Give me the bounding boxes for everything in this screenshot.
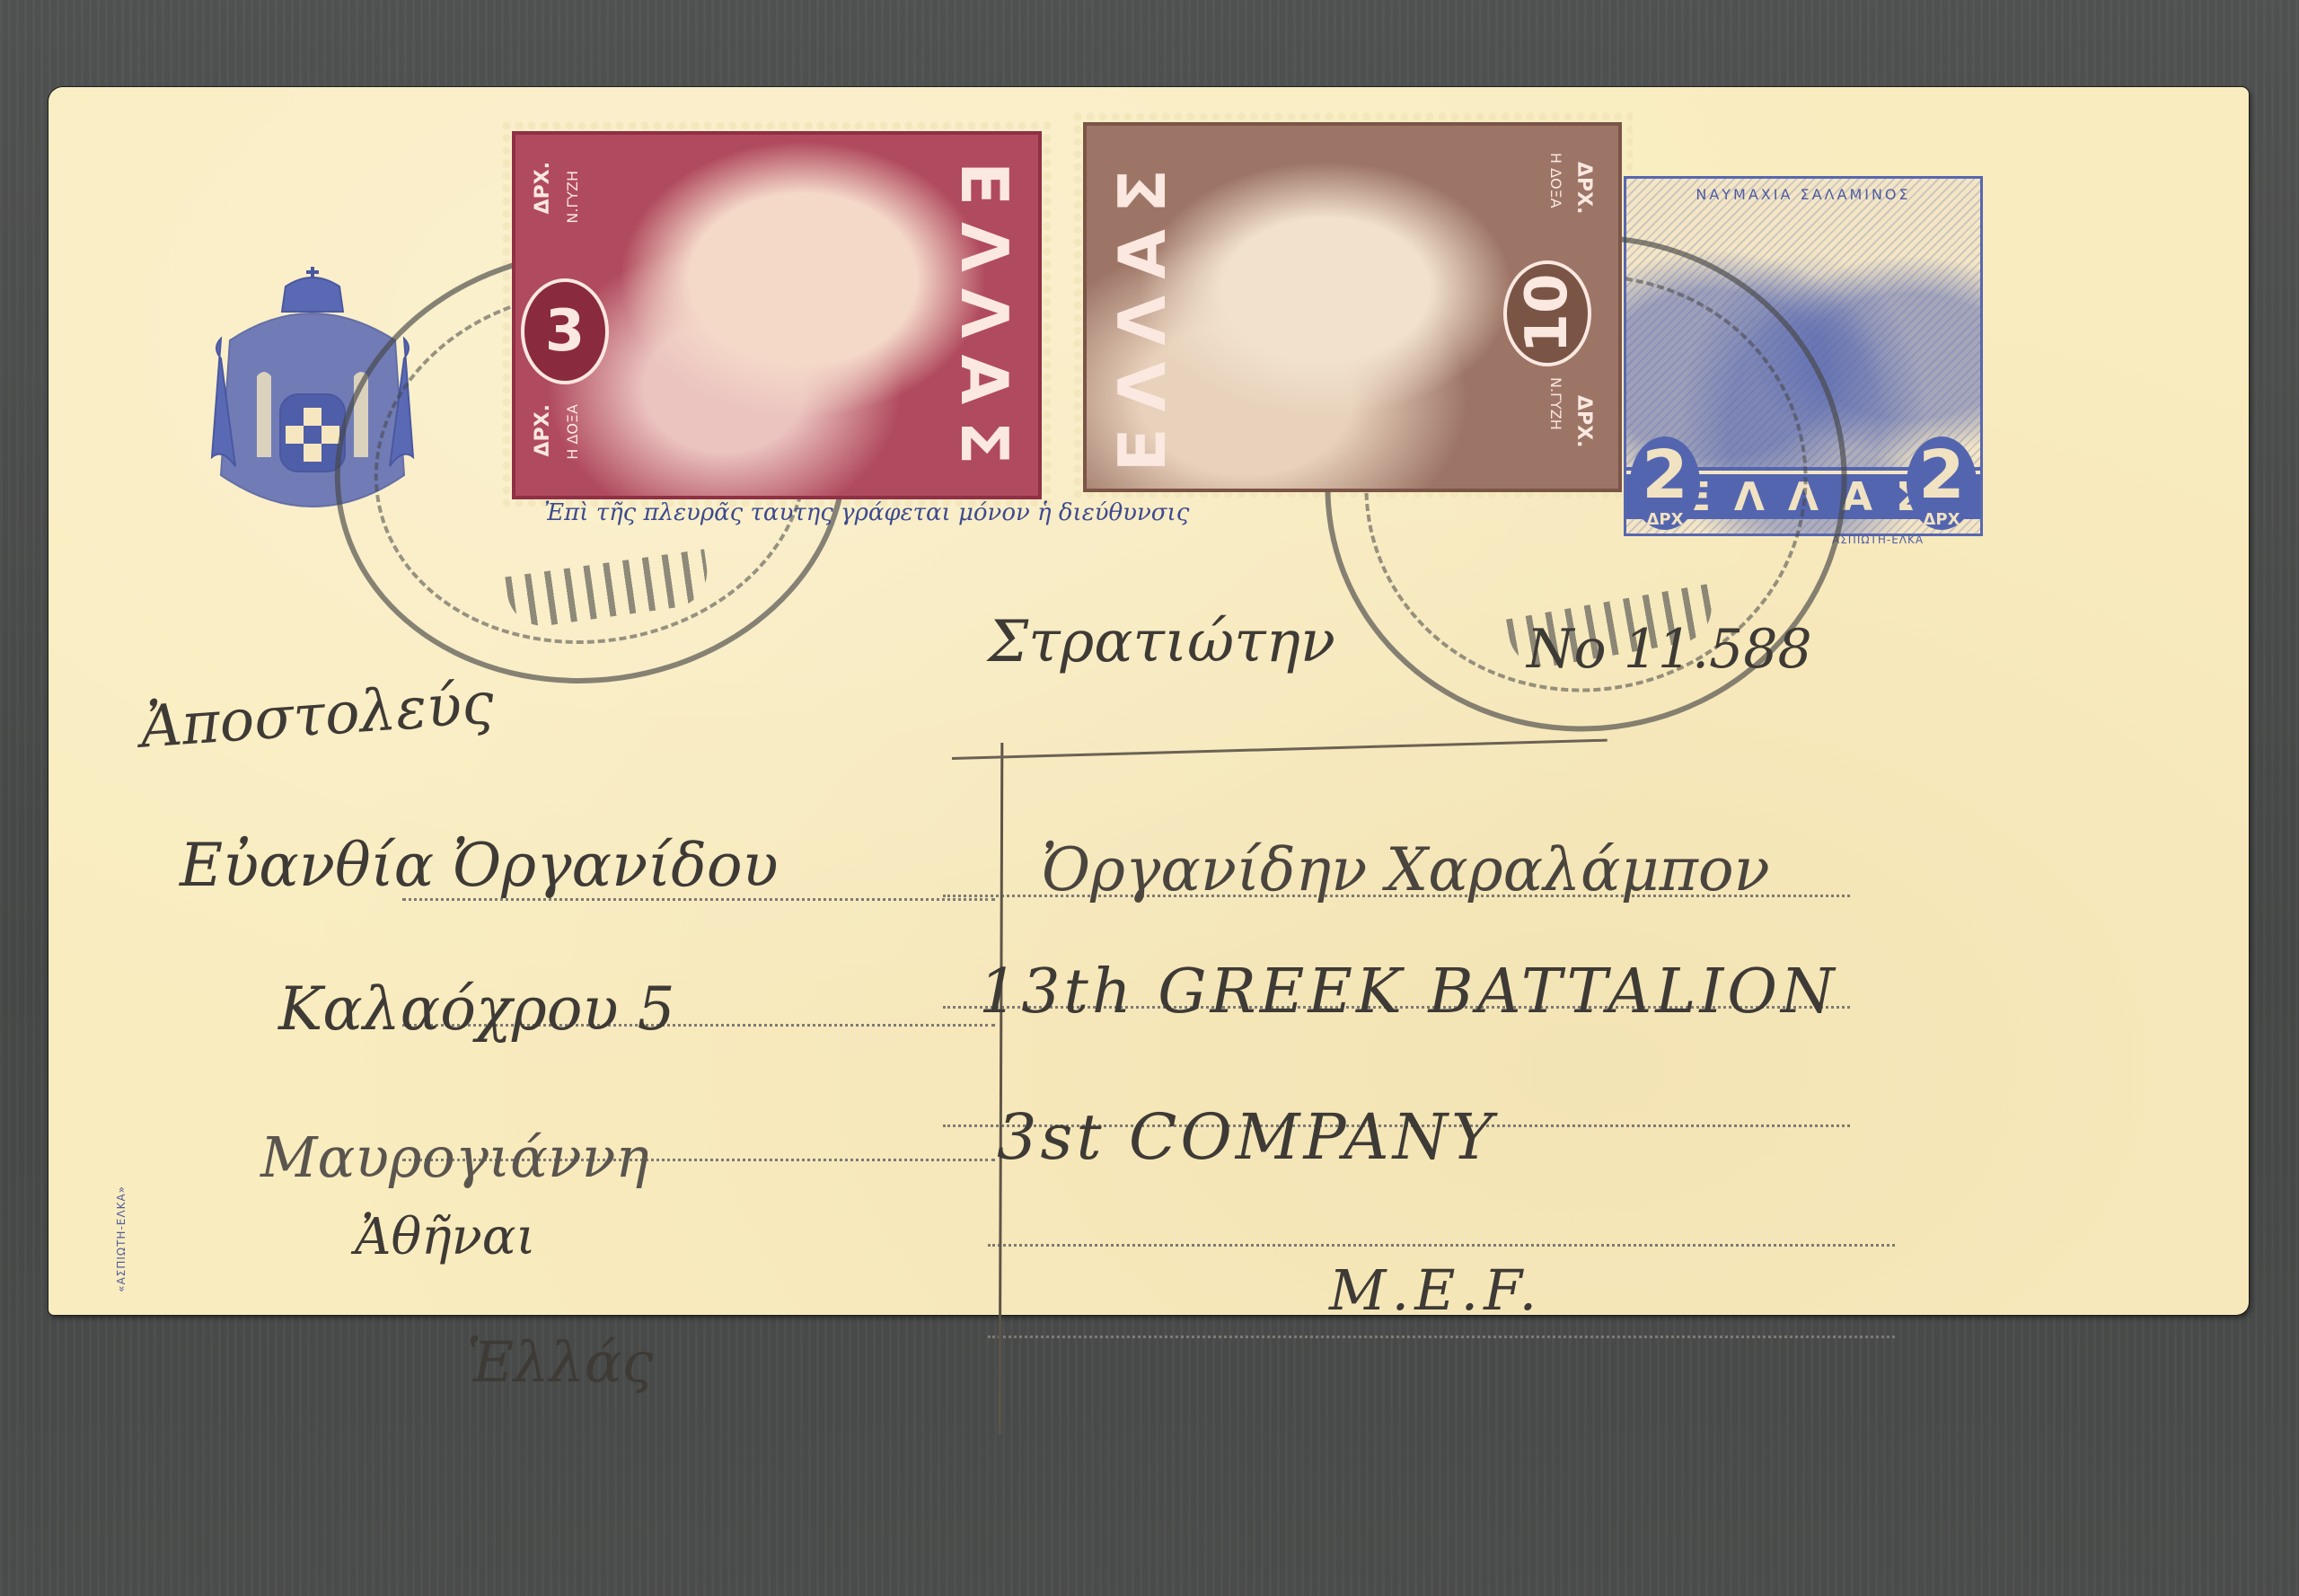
stamp-side-label: Η ΔΟΞΑ (1547, 153, 1564, 208)
recipient-rank: Στρατιώτην (988, 609, 1335, 675)
recipient-line: 13th GREEK BATTALION (979, 957, 1837, 1027)
sender-line: Ἑλλάς (467, 1329, 653, 1395)
stamp-side-label: Ν.ΓΥΖΗ (564, 171, 581, 224)
stamp-side-label: Η ΔΟΞΑ (564, 404, 581, 460)
imprint-value-right: 2 ΔΡΧ (1907, 436, 1977, 530)
dotted-line (988, 1244, 1895, 1247)
stamp-country-text: ΕΛΛΑΣ (947, 162, 1022, 481)
sender-line: Ἀθῆναι (355, 1208, 536, 1266)
imprint-value: 2 (1918, 436, 1965, 514)
sender-line: Εὐανθία Ὀργανίδου (180, 831, 779, 900)
address-side-instruction: Ἐπὶ τῆς πλευρᾶς ταυτης γράφεται μόνον ἡ … (544, 499, 1189, 526)
stamp-value: 10 (1503, 260, 1591, 366)
stamp-3-drachma: ΕΛΛΑΣ ΔΡΧ. ΔΡΧ. Ν.ΓΥΖΗ Η ΔΟΞΑ 3 (505, 124, 1049, 507)
stamp-10-drachma: ΕΛΛΑΣ ΔΡΧ. ΔΡΧ. Η ΔΟΞΑ Ν.ΓΥΖΗ 10 (1076, 115, 1629, 499)
stamp-side-label: Ν.ΓΥΖΗ (1547, 377, 1564, 430)
side-printer-credit: «ΑΣΠΙΩΤΗ-ΕΛΚΑ» (115, 1186, 128, 1292)
imprint-unit: ΔΡΧ (1907, 514, 1977, 526)
recipient-serial-number: Νο 11.588 (1527, 618, 1812, 681)
printer-credit: ΑΣΠΙΩΤΗ-ΕΛΚΑ (1832, 533, 1924, 546)
sender-line: Μαυρογιάννη (260, 1124, 790, 1493)
stamp-country-text: ΕΛΛΑΣ (1105, 153, 1180, 472)
stamp-value: 3 (521, 278, 609, 384)
recipient-line: M.E.F. (1329, 1257, 1542, 1323)
imprint-title: ΝΑΥΜΑΧΙΑ ΣΑΛΑΜΙΝΟΣ (1626, 186, 1980, 203)
stamp-unit-text: ΔΡΧ. (1572, 395, 1595, 447)
dotted-line (988, 1336, 1895, 1338)
stamp-unit-text: ΔΡΧ. (1572, 162, 1595, 214)
stamp-unit-text: ΔΡΧ. (532, 162, 554, 214)
sender-line: Καλαόχρου 5 (278, 974, 675, 1044)
recipient-line: 3st COMPANY (997, 1100, 1496, 1174)
recipient-line: Ὀργανίδην Χαραλάμπον (1042, 835, 1770, 904)
stamp-unit-text: ΔΡΧ. (532, 404, 554, 456)
